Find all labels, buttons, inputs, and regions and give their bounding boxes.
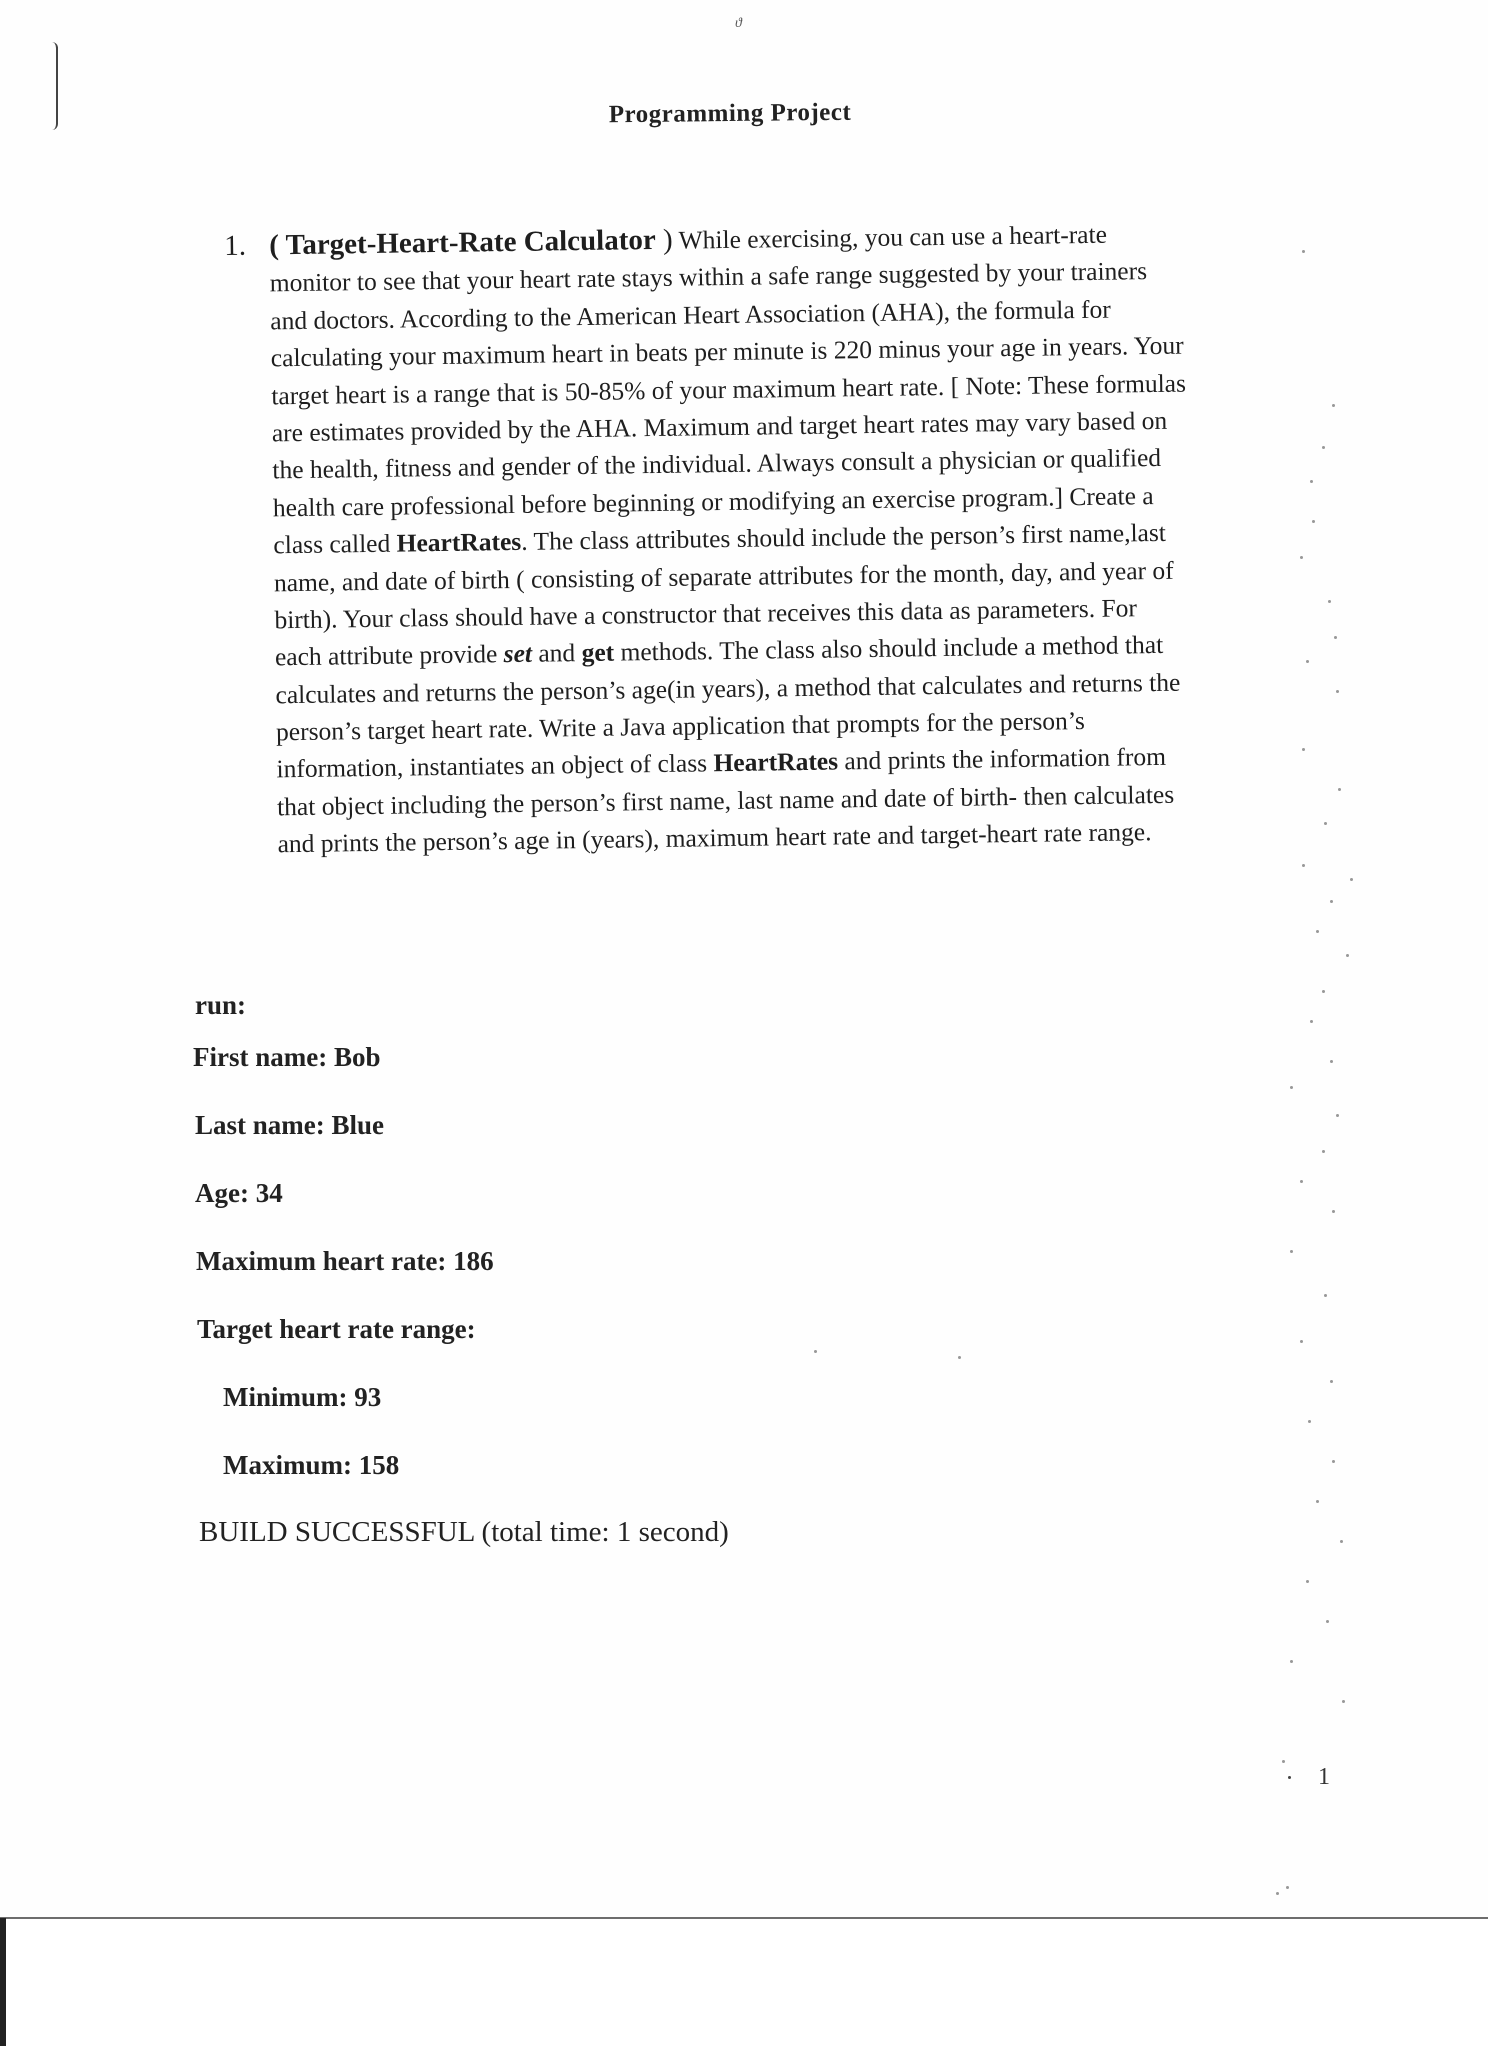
scan-speck (1312, 520, 1315, 523)
scan-speck (1324, 1294, 1327, 1297)
scan-speck (1336, 690, 1339, 693)
scan-speck (1346, 954, 1349, 957)
scan-speck (1316, 1500, 1319, 1503)
scan-speck (814, 1350, 817, 1353)
scan-speck (1300, 556, 1303, 559)
last-name-line: Last name: Blue (195, 1110, 384, 1141)
max-heart-rate-line: Maximum heart rate: 186 (196, 1246, 494, 1277)
scan-speck (1306, 1580, 1309, 1583)
emphasized-term: HeartRates (396, 527, 521, 558)
scan-speck (958, 1356, 961, 1359)
problem-text: ( Target-Heart-Rate Calculator ) While e… (224, 213, 1323, 864)
scan-speck (1290, 1250, 1293, 1253)
problem-text-run: . The class attributes should include th… (521, 518, 1166, 556)
emphasized-term: set (503, 639, 532, 668)
scan-speck (1350, 878, 1353, 881)
scan-speck (1322, 446, 1325, 449)
problem-heading-paren: ) (656, 224, 673, 256)
scan-speck (1286, 1886, 1289, 1889)
scan-speck (1276, 1892, 1279, 1895)
problem-text-run: and prints the information from (838, 742, 1166, 776)
scan-speck (1308, 1420, 1311, 1423)
scan-speck (1332, 404, 1335, 407)
scan-speck (1338, 788, 1341, 791)
run-label: run: (195, 990, 246, 1021)
scan-speck (1324, 822, 1327, 825)
scan-speck (1322, 1150, 1325, 1153)
scan-speck (1316, 930, 1319, 933)
scan-speck (1290, 1660, 1293, 1663)
problem-text-run: and prints the person’s age in (years), … (277, 817, 1151, 858)
problem-text-run: each attribute provide (275, 639, 504, 671)
scan-speck (1326, 1620, 1329, 1623)
scan-speck (1330, 1060, 1333, 1063)
problem-heading: ( (269, 229, 286, 261)
scan-speck (1310, 1020, 1313, 1023)
problem-statement: 1. ( Target-Heart-Rate Calculator ) Whil… (224, 213, 1323, 864)
target-range-label: Target heart rate range: (197, 1314, 476, 1345)
scan-speck (1302, 250, 1305, 253)
scan-speck (1322, 990, 1325, 993)
first-name-line: First name: Bob (193, 1042, 380, 1073)
scan-speck (1290, 1086, 1293, 1089)
problem-heading: Target-Heart-Rate Calculator (285, 224, 656, 261)
scan-speck (1282, 1760, 1285, 1763)
problem-number: 1. (224, 228, 246, 266)
target-maximum-line: Maximum: 158 (223, 1450, 399, 1481)
scan-speck (1288, 1776, 1291, 1779)
problem-text-run: information, instantiates an object of c… (276, 749, 713, 784)
build-status: BUILD SUCCESSFUL (total time: 1 second) (199, 1516, 729, 1549)
page-number: 1 (1318, 1764, 1330, 1791)
scan-speck (1330, 900, 1333, 903)
scan-speck (1302, 748, 1305, 751)
scanned-page: ϑ Programming Project 1. ( Target-Heart-… (0, 0, 1488, 1918)
problem-text-run: class called (273, 529, 397, 560)
problem-text-run: and (532, 638, 582, 668)
document-title: Programming Project (0, 92, 1460, 135)
page-edge-line (0, 1917, 1488, 1919)
emphasized-term: HeartRates (713, 747, 838, 778)
scan-speck (1306, 660, 1309, 663)
scan-speck (1334, 636, 1337, 639)
scan-speck (1300, 1340, 1303, 1343)
scan-speck (1300, 1180, 1303, 1183)
target-minimum-line: Minimum: 93 (223, 1382, 381, 1413)
problem-text-run: While exercising, you can use a heart-ra… (672, 220, 1107, 255)
age-line: Age: 34 (195, 1178, 283, 1209)
scan-speck (1302, 864, 1305, 867)
page-number-text: 1 (1318, 1764, 1330, 1790)
scanner-edge-strip (0, 1918, 6, 2046)
pen-mark: ϑ (735, 16, 742, 32)
scan-speck (1330, 1380, 1333, 1383)
problem-text-run: methods. The class also should include a… (614, 630, 1163, 667)
scan-speck (1310, 480, 1313, 483)
scan-speck (1336, 1114, 1339, 1117)
scan-speck (1328, 600, 1331, 603)
emphasized-term: get (581, 638, 614, 667)
scan-speck (1332, 1210, 1335, 1213)
scan-speck (1342, 1700, 1345, 1703)
scan-speck (1332, 1460, 1335, 1463)
scan-speck (1340, 1540, 1343, 1543)
